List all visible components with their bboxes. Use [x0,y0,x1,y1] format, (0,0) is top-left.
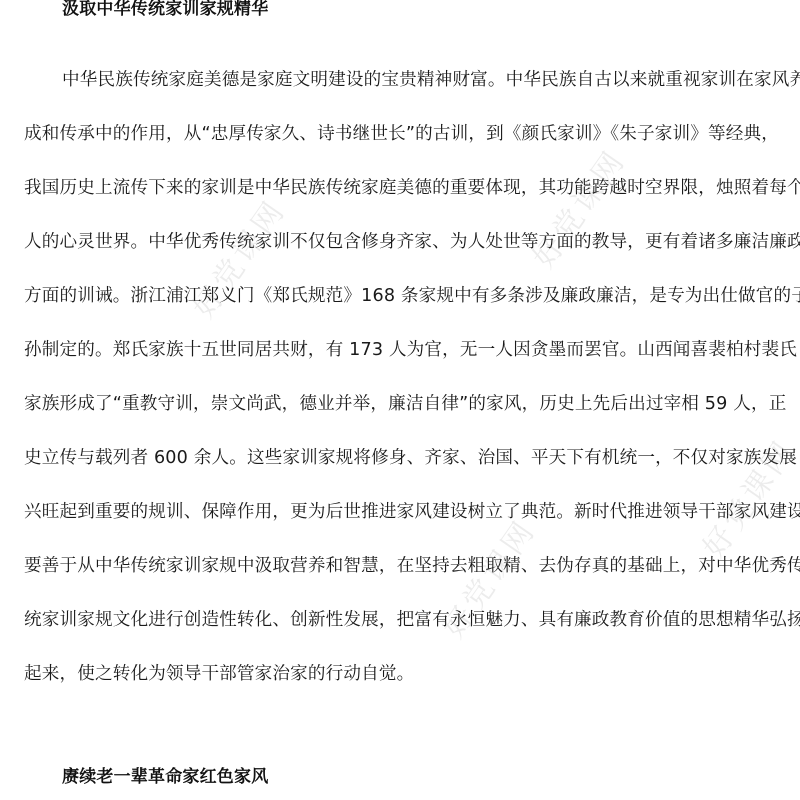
paragraph-line: 家族形成了“重教守训，崇文尚武，德业并举，廉洁自律”的家风，历史上先后出过宰相 … [24,390,786,415]
document-page: 汲取中华传统家训家规精华 中华民族传统家庭美德是家庭文明建设的宝贵精神财富。中华… [0,0,800,800]
paragraph-line: 孙制定的。郑氏家族十五世同居共财，有 173 人为官，无一人因贪墨而罢官。山西闻… [24,336,797,361]
section-heading-1: 汲取中华传统家训家规精华 [62,0,268,19]
paragraph-line: 统家训家规文化进行创造性转化、创新性发展，把富有永恒魅力、具有廉政教育价值的思想… [24,606,800,631]
paragraph-line: 要善于从中华传统家训家规中汲取营养和智慧，在坚持去粗取精、去伪存真的基础上，对中… [24,552,800,577]
paragraph-line: 成和传承中的作用，从“忠厚传家久、诗书继世长”的古训，到《颜氏家训》《朱子家训》… [24,120,779,145]
paragraph-line: 中华民族传统家庭美德是家庭文明建设的宝贵精神财富。中华民族自古以来就重视家训在家… [62,66,800,91]
paragraph-line: 方面的训诫。浙江浦江郑义门《郑氏规范》168 条家规中有多条涉及廉政廉洁，是专为… [24,282,800,307]
paragraph-line: 兴旺起到重要的规训、保障作用，更为后世推进家风建设树立了典范。新时代推进领导干部… [24,498,800,523]
paragraph-line: 起来，使之转化为领导干部管家治家的行动自觉。 [24,660,414,685]
paragraph-line: 史立传与载列者 600 余人。这些家训家规将修身、齐家、治国、平天下有机统一，不… [24,444,797,469]
paragraph-line: 我国历史上流传下来的家训是中华民族传统家庭美德的重要体现，其功能跨越时空界限，烛… [24,174,800,199]
section-heading-2: 赓续老一辈革命家红色家风 [62,762,268,787]
paragraph-line: 人的心灵世界。中华优秀传统家训不仅包含修身齐家、为人处世等方面的教导，更有着诸多… [24,228,800,253]
watermark: 好党课网 [520,139,634,276]
